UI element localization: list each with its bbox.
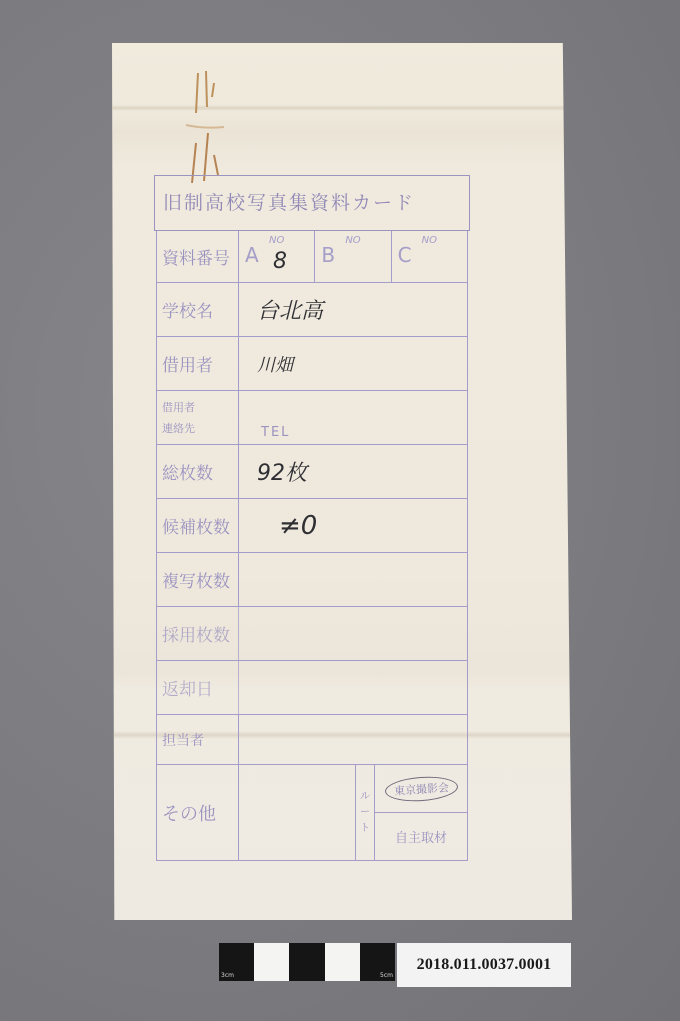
scale-segment-white	[254, 943, 289, 981]
scale-segment-white	[325, 943, 360, 981]
label-line-2: 連絡先	[162, 422, 195, 435]
row-other: その他 ル ー ト 東京撮影会 自主取材	[156, 765, 468, 861]
cell-b: B NO	[315, 231, 391, 282]
rust-staple-mark-icon	[184, 63, 228, 183]
scale-segment-black: 3cm	[219, 943, 254, 981]
scale-label-right: 5cm	[380, 972, 393, 979]
letter-a: A	[245, 243, 259, 267]
no-mark: NO	[345, 235, 360, 246]
value-school-name: 台北高	[239, 283, 467, 336]
tel-label: TEL	[261, 425, 290, 440]
label-candidate-count: 候補枚数	[157, 499, 239, 552]
row-borrower: 借用者 川畑	[156, 337, 468, 391]
value-contact: TEL	[239, 391, 467, 444]
scale-segment-black: 5cm	[360, 943, 395, 981]
document-card-paper: 旧制高校写真集資料カード 資料番号 A NO 8 B NO C NO	[112, 43, 572, 920]
letter-b: B	[321, 243, 335, 267]
row-candidate-count: 候補枚数 ≠0	[156, 499, 468, 553]
label-total-count: 総枚数	[157, 445, 239, 498]
row-material-number: 資料番号 A NO 8 B NO C NO	[156, 231, 468, 283]
route-option-self-coverage: 自主取材	[375, 813, 467, 860]
no-mark: NO	[269, 235, 284, 246]
value-total-count: 92枚	[239, 445, 467, 498]
accession-number-label: 2018.011.0037.0001	[397, 943, 571, 987]
label-line-1: 借用者	[162, 401, 195, 414]
letter-c: C	[398, 243, 412, 267]
route-option-tokyo: 東京撮影会	[375, 765, 467, 813]
value-person-in-charge	[239, 715, 467, 764]
circled-route-tokyo-photo-session: 東京撮影会	[384, 774, 458, 803]
no-mark: NO	[422, 235, 437, 246]
row-school-name: 学校名 台北高	[156, 283, 468, 337]
scale-segment-black	[289, 943, 324, 981]
data-card-form: 旧制高校写真集資料カード 資料番号 A NO 8 B NO C NO	[154, 175, 470, 865]
label-adopted-count: 採用枚数	[157, 607, 239, 660]
label-route: ル ー ト	[356, 765, 375, 860]
label-school-name: 学校名	[157, 283, 239, 336]
value-adopted-count	[239, 607, 467, 660]
label-copy-count: 複写枚数	[157, 553, 239, 606]
cell-c: C NO	[392, 231, 467, 282]
route-options: 東京撮影会 自主取材	[375, 765, 467, 860]
paper-fold-line	[112, 105, 572, 111]
label-person-in-charge: 担当者	[157, 715, 239, 764]
route-char: ト	[360, 821, 370, 837]
route-char: ル	[360, 789, 370, 805]
label-material-number: 資料番号	[157, 231, 239, 282]
row-borrower-contact: 借用者 連絡先 TEL	[156, 391, 468, 445]
value-a: 8	[273, 249, 287, 274]
cell-a: A NO 8	[239, 231, 315, 282]
row-person-in-charge: 担当者	[156, 715, 468, 765]
label-return-date: 返却日	[157, 661, 239, 714]
value-candidate-count: ≠0	[239, 499, 467, 552]
value-copy-count	[239, 553, 467, 606]
value-borrower: 川畑	[239, 337, 467, 390]
route-char: ー	[360, 805, 370, 821]
value-other	[239, 765, 356, 860]
scale-bar: 3cm 5cm	[219, 943, 395, 981]
row-return-date: 返却日	[156, 661, 468, 715]
label-borrower: 借用者	[157, 337, 239, 390]
value-return-date	[239, 661, 467, 714]
form-title: 旧制高校写真集資料カード	[154, 175, 470, 231]
scale-label-left: 3cm	[221, 972, 234, 979]
row-copy-count: 複写枚数	[156, 553, 468, 607]
label-other: その他	[157, 765, 239, 860]
label-borrower-contact: 借用者 連絡先	[157, 391, 239, 444]
row-adopted-count: 採用枚数	[156, 607, 468, 661]
row-total-count: 総枚数 92枚	[156, 445, 468, 499]
